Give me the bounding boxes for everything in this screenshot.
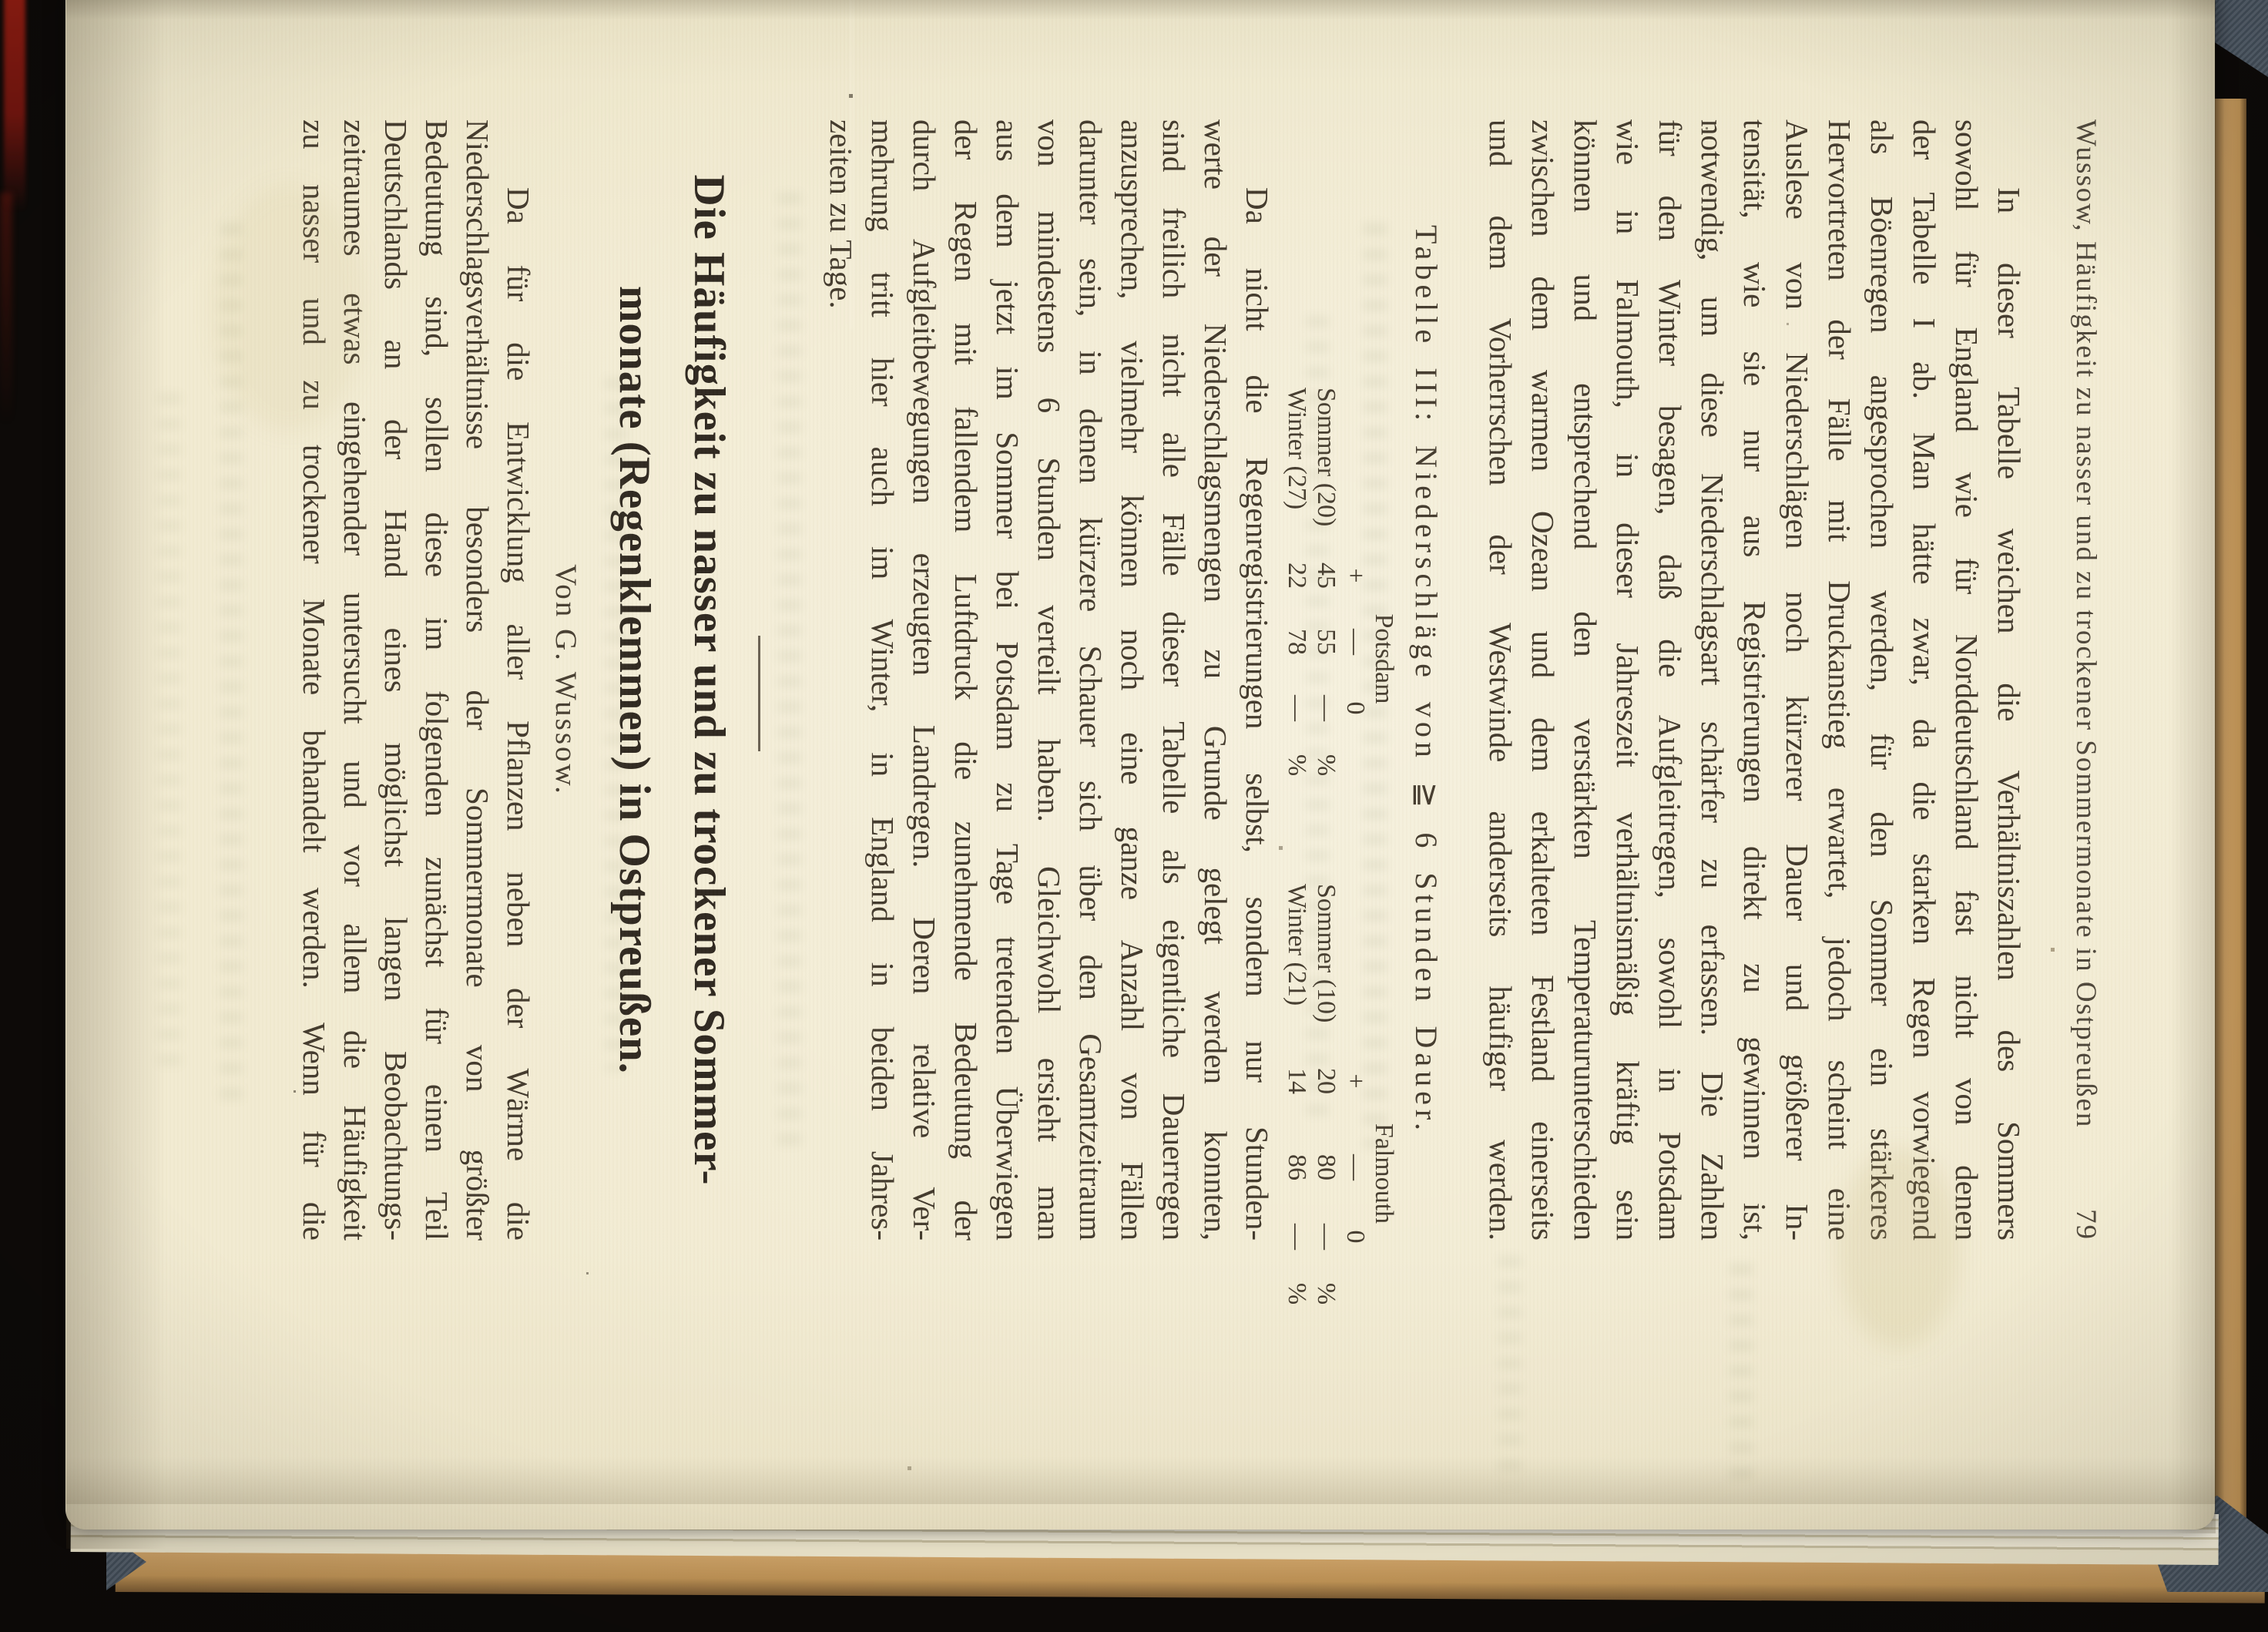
text-line: darunter sein, in denen kürzere Schauer … — [1070, 119, 1112, 1241]
unit-cell: % — [1311, 1283, 1340, 1305]
board-edge-right — [2213, 99, 2246, 1555]
show-through-ghost — [1306, 316, 1329, 1125]
value-cell: 80 — [1311, 1154, 1340, 1180]
value-cell: — — [1282, 1224, 1311, 1250]
text-line: und dem Vorherrschen der Westwinde ander… — [1479, 119, 1522, 1241]
text-line: Bedeutung sind, sollen diese im folgende… — [416, 119, 457, 1241]
text-line: durch Aufgleitbewegungen erzeugten Landr… — [904, 119, 945, 1241]
shadow-bottom-edge — [66, 1456, 2216, 1504]
book-scan-viewport: Wussow, Häufigkeit zu nasser und zu troc… — [0, 0, 2268, 1632]
running-header-title: Wussow, Häufigkeit zu nasser und zu troc… — [2069, 119, 2102, 1128]
text-line: notwendig, um diese Niederschlagsart sch… — [1691, 119, 1733, 1241]
show-through-ghost — [1364, 223, 1387, 1148]
text-line: Niederschlagsverhältnisse besonders der … — [457, 119, 498, 1241]
text-line: der Tabelle I ab. Man hätte zwar, da die… — [1903, 119, 1945, 1241]
show-through-ghost — [1498, 1256, 1522, 1487]
text-line: der Regen mit fallendem Luftdruck die zu… — [945, 119, 987, 1241]
text-line: tensität, wie sie nur aus Registrierunge… — [1733, 119, 1776, 1241]
text-line: Da für die Entwicklung aller Pflanzen ne… — [498, 119, 538, 1241]
column-header-minus: — — [1340, 1154, 1370, 1180]
text-line: von mindestens 6 Stunden verteilt haben.… — [1028, 119, 1070, 1241]
text-line: wie in Falmouth, in dieser Jahreszeit ve… — [1606, 119, 1649, 1241]
text-line: Da nicht die Regenregistrierungen selbst… — [1236, 119, 1278, 1241]
value-cell: — — [1311, 1224, 1340, 1250]
unit-cell: % — [1282, 1283, 1311, 1305]
page-number: 79 — [2069, 1209, 2102, 1241]
paragraph-precipitation-1: In dieser Tabelle weichen die Verhältnis… — [1479, 119, 2030, 1241]
paper-stain — [212, 185, 366, 432]
text-line: als Böenregen angesprochen werden, für d… — [1860, 119, 1903, 1241]
red-book-edge-faint — [0, 193, 12, 424]
shadow-left-edge — [66, 0, 166, 1549]
text-line: aus dem jetzt im Sommer bei Potsdam zu T… — [987, 119, 1028, 1241]
column-header-zero: 0 — [1340, 1231, 1370, 1244]
text-line: zwischen dem warmen Ozean und dem erkalt… — [1522, 119, 1564, 1241]
text-line: sind freilich nicht alle Fälle dieser Ta… — [1153, 119, 1195, 1241]
paragraph-precipitation-2: Da nicht die Regenregistrierungen selbst… — [820, 119, 1278, 1241]
text-line: zeiten zu Tage. — [820, 119, 862, 1241]
red-book-edge — [4, 0, 25, 212]
text-line: Deutschlands an der Hand eines möglichst… — [375, 119, 416, 1241]
text-line: können und entsprechend den verstärkten … — [1564, 119, 1606, 1241]
article-title-line: Die Häufigkeit zu nasser und zu trockene… — [672, 119, 746, 1241]
paper-crease — [850, 0, 853, 330]
text-line: für den Winter besagen, daß die Aufgleit… — [1649, 119, 1691, 1241]
paper-stain — [1837, 1148, 1961, 1348]
shadow-right-edge — [2169, 0, 2216, 1533]
byline: Von G. Wussow. — [549, 119, 583, 1241]
text-line: Auslese von Niederschlägen noch kürzerer… — [1776, 119, 1818, 1241]
text-line: In dieser Tabelle weichen die Verhältnis… — [1988, 119, 2030, 1241]
text-line: anzusprechen, vielmehr können noch eine … — [1112, 119, 1153, 1241]
text-line: Hervortreten der Fälle mit Druckanstieg … — [1818, 119, 1860, 1241]
table-caption: Tabelle III: Niederschläge von ≧ 6 Stund… — [1408, 119, 1444, 1241]
show-through-ghost — [1730, 1264, 1753, 1479]
dust-specks — [0, 0, 1, 1]
shadow-gutter-top — [66, 0, 2216, 20]
text-line: sowohl für England wie für Norddeutschla… — [1945, 119, 1988, 1241]
text-line: werte der Niederschlagsmengen zu Grunde … — [1195, 119, 1236, 1241]
scanned-page: Wussow, Häufigkeit zu nasser und zu troc… — [65, 0, 2215, 1530]
show-through-ghost — [605, 378, 628, 1071]
value-cell: 86 — [1282, 1154, 1311, 1180]
text-line: mehrung tritt hier auch im Winter, in En… — [862, 119, 904, 1241]
running-header: Wussow, Häufigkeit zu nasser und zu troc… — [2069, 119, 2102, 1241]
show-through-ghost — [778, 193, 801, 1156]
section-divider-rule — [758, 636, 760, 751]
